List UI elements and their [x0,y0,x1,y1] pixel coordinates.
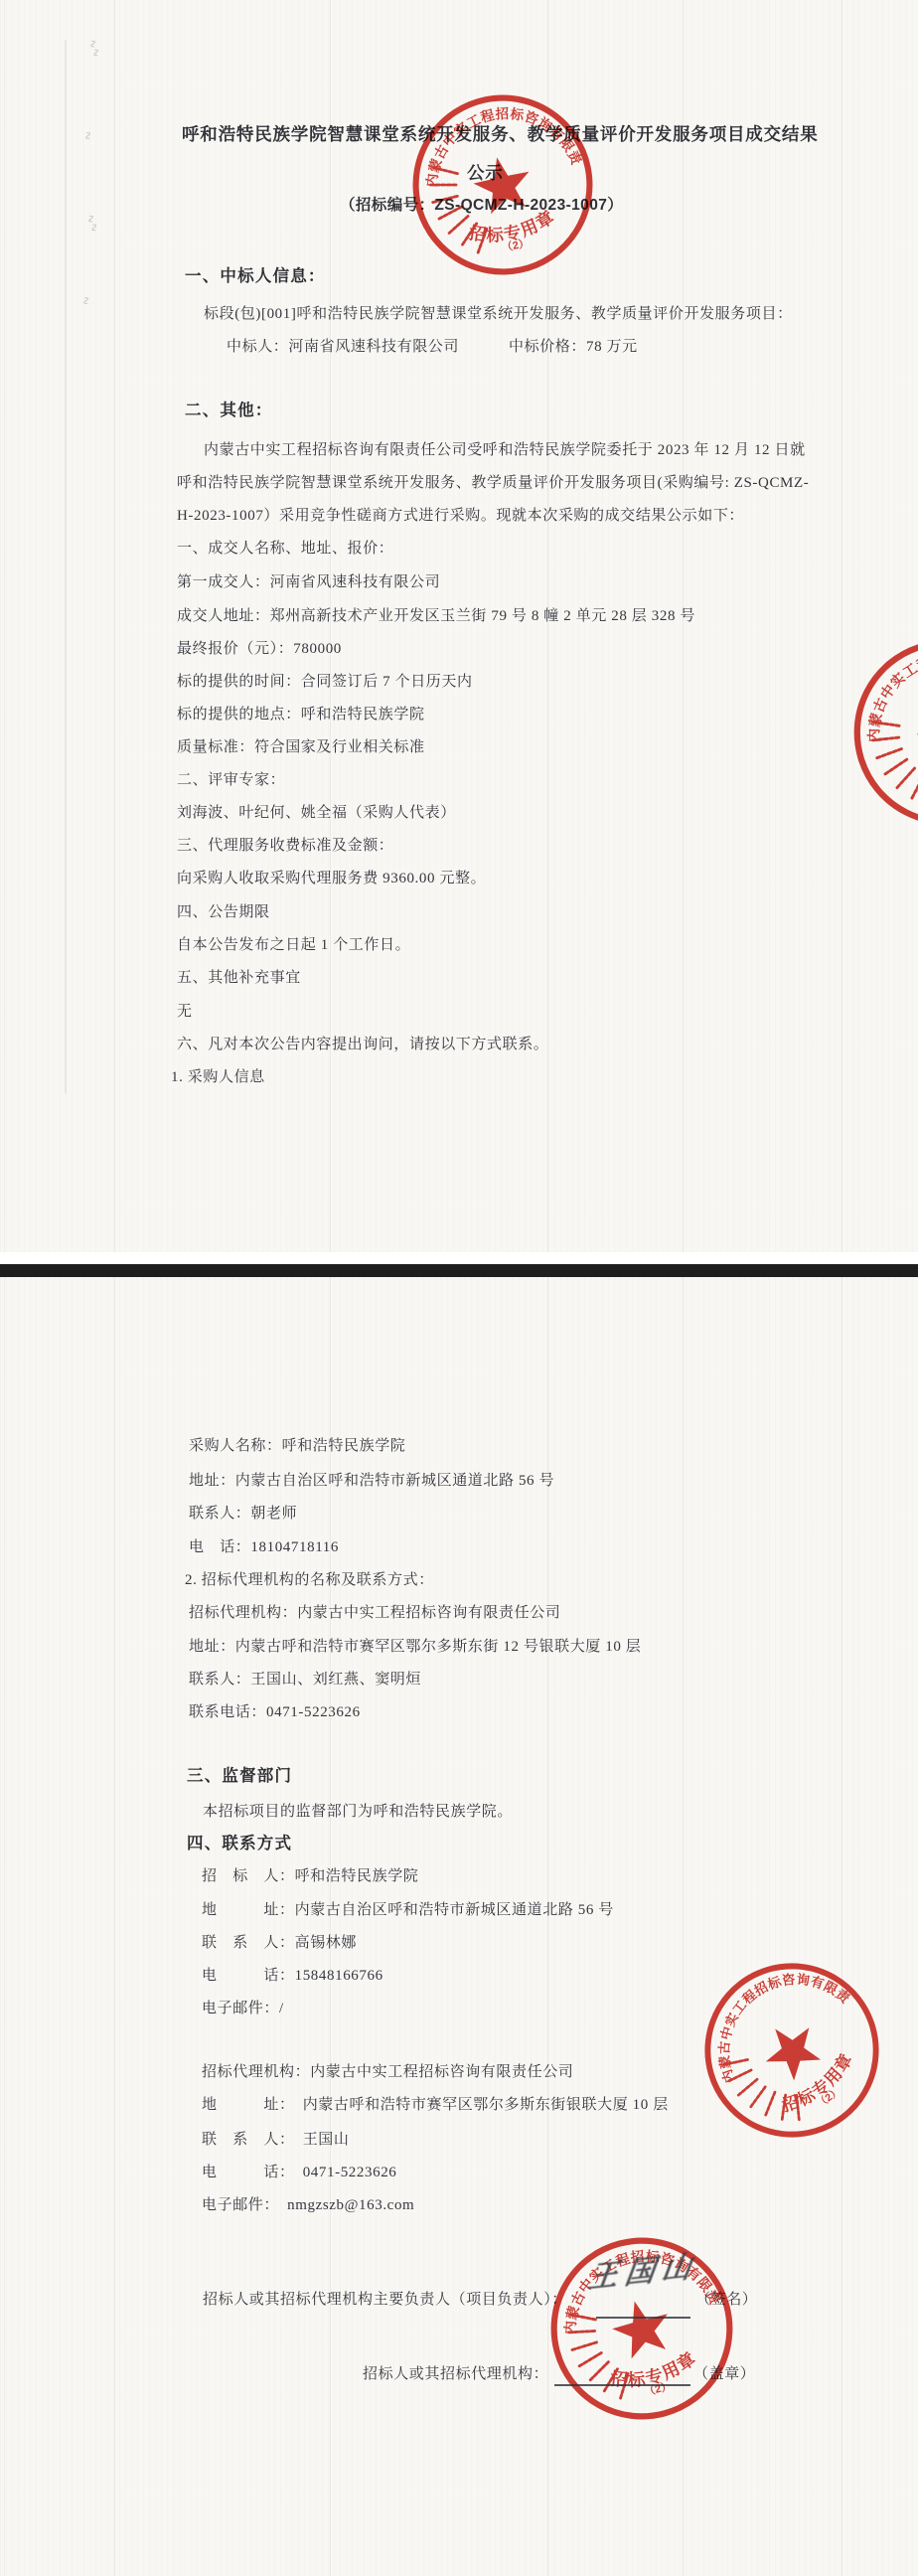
text-line: 本招标项目的监督部门为呼和浩特民族学院。 [203,1803,513,1822]
text-line: 地址：内蒙古自治区呼和浩特市新城区通道北路 56 号 [189,1472,554,1491]
section-heading: 二、其他： [185,401,273,421]
text-line: 地 址： 内蒙古呼和浩特市赛罕区鄂尔多斯东街银联大厦 10 层 [202,2096,669,2115]
text-line: 成交人地址：郑州高新技术产业开发区玉兰街 79 号 8 幢 2 单元 28 层 … [177,607,695,626]
text-line: 中标价格：78 万元 [509,338,638,357]
section-heading: 四、联系方式 [187,1834,292,1854]
star-icon [607,2294,677,2361]
scan-streak [841,0,842,2576]
text-line: 中标人：河南省风速科技有限公司 [227,338,459,357]
text-line: 五、其他补充事宜 [177,969,301,988]
text-line: 招标人或其招标代理机构主要负责人（项目负责人）： [203,2291,567,2310]
text-line: 电 话：15848166766 [202,1967,383,1986]
text-line: 标的提供的地点：呼和浩特民族学院 [177,706,425,724]
scan-streak [114,0,115,2576]
text-line: 三、代理服务收费标准及金额： [177,837,393,856]
text-line: 地址：内蒙古呼和浩特市赛罕区鄂尔多斯东街 12 号银联大厦 10 层 [189,1638,641,1657]
text-line: 1. 采购人信息 [171,1068,265,1087]
margin-mark: ∿∿ [83,213,102,235]
margin-mark: ∿∿ [85,38,104,60]
star-icon [469,151,535,216]
page-edge-line [4,0,5,2576]
page-gap [0,1252,918,1264]
official-stamp-page1-right: 内蒙古中实工程招标咨询有限责任公司招标专用章（2） [826,611,918,854]
section-heading: 三、监督部门 [187,1766,292,1787]
official-stamp-page2-right: 内蒙古中实工程招标咨询有限责任公司招标专用章（2） [665,1923,918,2176]
margin-mark: ∿ [80,129,95,142]
text-line: 招标人或其招标代理机构： [363,2365,548,2384]
text-line: 最终报价（元）：780000 [177,640,342,659]
text-line: 电 话：18104718116 [189,1538,339,1557]
text-line: 呼和浩特民族学院智慧课堂系统开发服务、教学质量评价开发服务项目(采购编号: ZS… [177,474,809,493]
text-line: 联系人：王国山、刘红燕、窦明烜 [189,1671,421,1690]
text-line: 自本公告发布之日起 1 个工作日。 [177,936,410,955]
text-line: 质量标准：符合国家及行业相关标准 [177,738,425,757]
text-line: 内蒙古中实工程招标咨询有限责任公司受呼和浩特民族学院委托于 2023 年 12 … [204,441,806,460]
text-line: 标的提供的时间：合同签订后 7 个日历天内 [177,673,473,692]
text-line: 电 话： 0471-5223626 [202,2164,396,2182]
page-edge-line [65,40,67,1093]
text-line: 招 标 人：呼和浩特民族学院 [202,1867,418,1886]
document-scan: ∿∿ ∿ ∿∿ ∿ 呼和浩特民族学院智慧课堂系统开发服务、教学质量评价开发服务项… [0,0,918,2576]
text-line: 电子邮件： nmgzszb@163.com [202,2196,414,2215]
text-line: 标段(包)[001]呼和浩特民族学院智慧课堂系统开发服务、教学质量评价开发服务项… [204,305,793,324]
text-line: 2. 招标代理机构的名称及联系方式： [185,1571,434,1590]
page-divider-bar [0,1264,918,1277]
text-line: 联 系 人： 王国山 [202,2131,350,2150]
text-line: 联系人：朝老师 [189,1505,297,1524]
text-line: 采购人名称：呼和浩特民族学院 [189,1437,405,1456]
text-line: 联系电话：0471-5223626 [189,1703,361,1722]
text-line: 联 系 人：高锡林娜 [202,1934,357,1953]
text-line: 招标代理机构：内蒙古中实工程招标咨询有限责任公司 [189,1604,560,1623]
star-icon [910,696,918,767]
text-line: 无 [177,1003,193,1022]
scan-streak [330,0,331,2576]
text-line: H-2023-1007）采用竞争性磋商方式进行采购。现就本次采购的成交结果公示如… [177,507,744,526]
text-line: 第一成交人：河南省风速科技有限公司 [177,573,440,592]
scan-streak [683,0,684,2576]
seal-line [554,2384,690,2386]
text-line: 电子邮件：/ [202,2000,284,2018]
text-line: 一、成交人名称、地址、报价： [177,540,393,559]
text-line: 向采购人收取采购代理服务费 9360.00 元整。 [177,870,486,888]
official-stamp-title: 内蒙古中实工程招标咨询有限责任公司招标专用章（2） [392,75,614,296]
signature-line [596,2317,690,2319]
text-line: 二、评审专家： [177,771,285,790]
scan-streak [547,0,548,2576]
text-line: 地 址：内蒙古自治区呼和浩特市新城区通道北路 56 号 [202,1901,614,1920]
official-stamp-page2-bottom: 内蒙古中实工程招标咨询有限责任公司招标专用章（2） [527,2213,758,2445]
margin-mark: ∿ [78,294,93,307]
text-line: 六、凡对本次公告内容提出询问，请按以下方式联系。 [177,1036,548,1054]
star-icon [753,2012,829,2087]
text-line: 刘海波、叶纪何、姚全福（采购人代表） [177,804,456,823]
text-line: 四、公告期限 [177,903,270,922]
text-line: 招标代理机构：内蒙古中实工程招标咨询有限责任公司 [202,2063,573,2082]
section-heading: 一、中标人信息： [185,266,326,287]
